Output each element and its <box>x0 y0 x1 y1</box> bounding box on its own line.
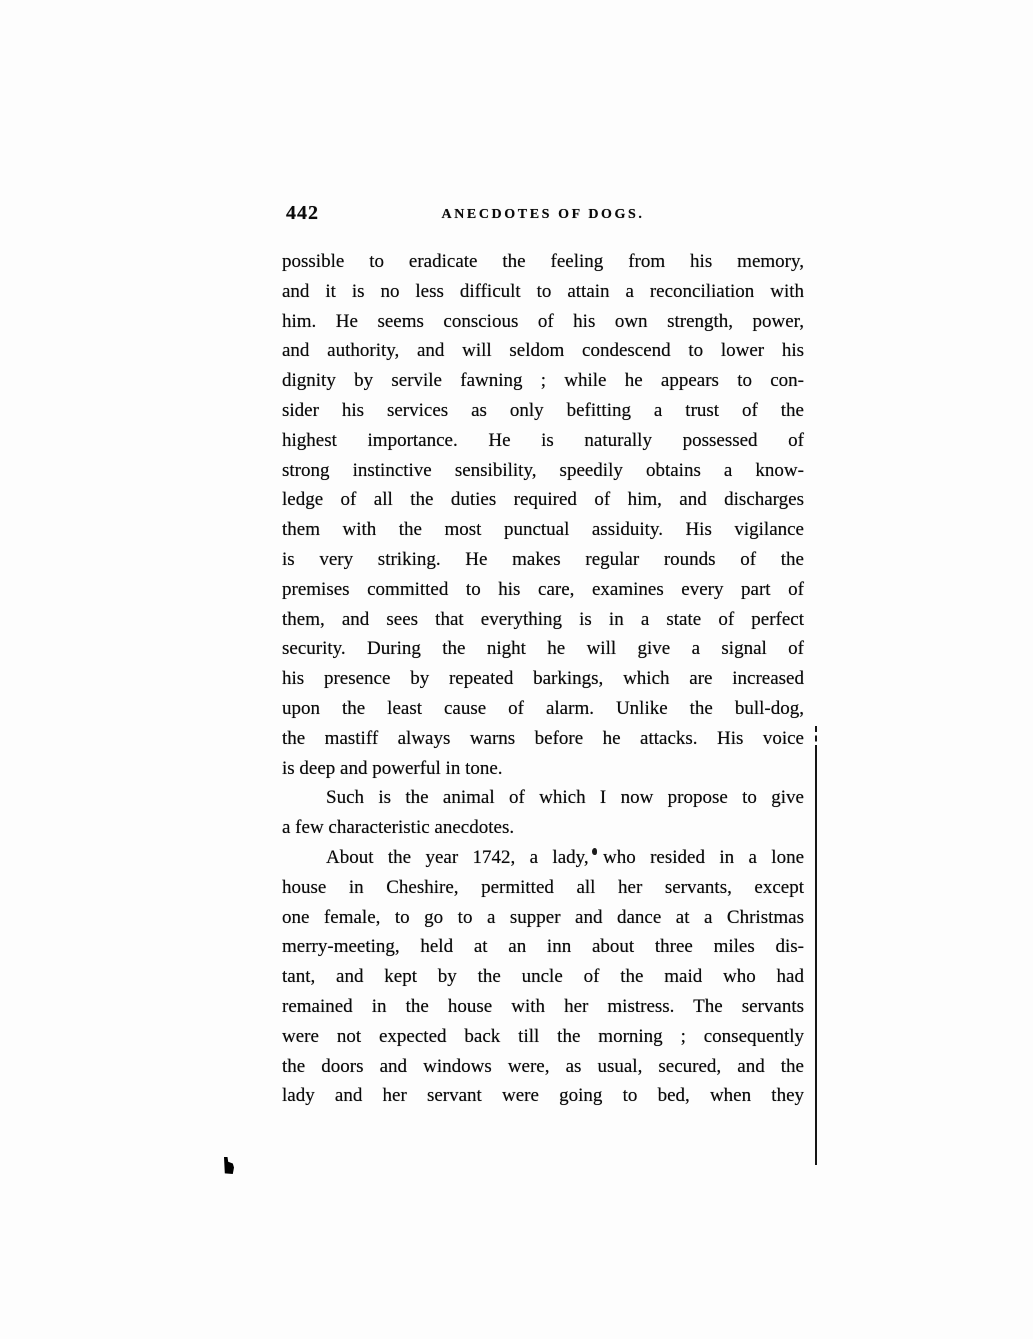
text-line: security. During the night he will give … <box>282 634 804 664</box>
text-line: upon the least cause of alarm. Unlike th… <box>282 694 804 724</box>
text-line: house in Cheshire, permitted all her ser… <box>282 873 804 903</box>
text-line: his presence by repeated barkings, which… <box>282 664 804 694</box>
text-line: and it is no less difficult to attain a … <box>282 277 804 307</box>
paragraph: Such is the animal of which I now propos… <box>282 783 804 843</box>
paragraph: About the year 1742, a lady, who resided… <box>282 843 804 1111</box>
text-line: dignity by servile fawning ; while he ap… <box>282 366 804 396</box>
text-line: ledge of all the duties required of him,… <box>282 485 804 515</box>
text-line: remained in the house with her mistress.… <box>282 992 804 1022</box>
text-line: one female, to go to a supper and dance … <box>282 903 804 933</box>
text-line: merry-meeting, held at an inn about thre… <box>282 932 804 962</box>
running-title: ANECDOTES OF DOGS. <box>282 207 804 223</box>
ink-blot <box>224 1157 234 1174</box>
text-line: were not expected back till the morning … <box>282 1022 804 1052</box>
text-line: highest importance. He is naturally poss… <box>282 426 804 456</box>
text-line: strong instinctive sensibility, speedily… <box>282 456 804 486</box>
text-line: sider his services as only befitting a t… <box>282 396 804 426</box>
book-page-scan: 442 ANECDOTES OF DOGS. possible to eradi… <box>0 0 1033 1339</box>
text-line: possible to eradicate the feeling from h… <box>282 247 804 277</box>
body-text: possible to eradicate the feeling from h… <box>282 247 804 1111</box>
scan-artifact-dashed-line <box>815 726 817 751</box>
text-line: Such is the animal of which I now propos… <box>282 783 804 813</box>
text-line: and authority, and will seldom condescen… <box>282 336 804 366</box>
text-line: is deep and powerful in tone. <box>282 754 804 784</box>
text-line: a few characteristic anecdotes. <box>282 813 804 843</box>
text-line: the mastiff always warns before he attac… <box>282 724 804 754</box>
ink-speck <box>592 848 597 855</box>
text-line: About the year 1742, a lady, who resided… <box>282 843 804 873</box>
text-line: them with the most punctual assiduity. H… <box>282 515 804 545</box>
paragraph: possible to eradicate the feeling from h… <box>282 247 804 783</box>
text-line: is very striking. He makes regular round… <box>282 545 804 575</box>
scan-artifact-vertical-line <box>815 751 817 1165</box>
text-line: the doors and windows were, as usual, se… <box>282 1052 804 1082</box>
text-line: lady and her servant were going to bed, … <box>282 1081 804 1111</box>
text-line: tant, and kept by the uncle of the maid … <box>282 962 804 992</box>
text-line: him. He seems conscious of his own stren… <box>282 307 804 337</box>
text-line: them, and sees that everything is in a s… <box>282 605 804 635</box>
text-line: premises committed to his care, examines… <box>282 575 804 605</box>
